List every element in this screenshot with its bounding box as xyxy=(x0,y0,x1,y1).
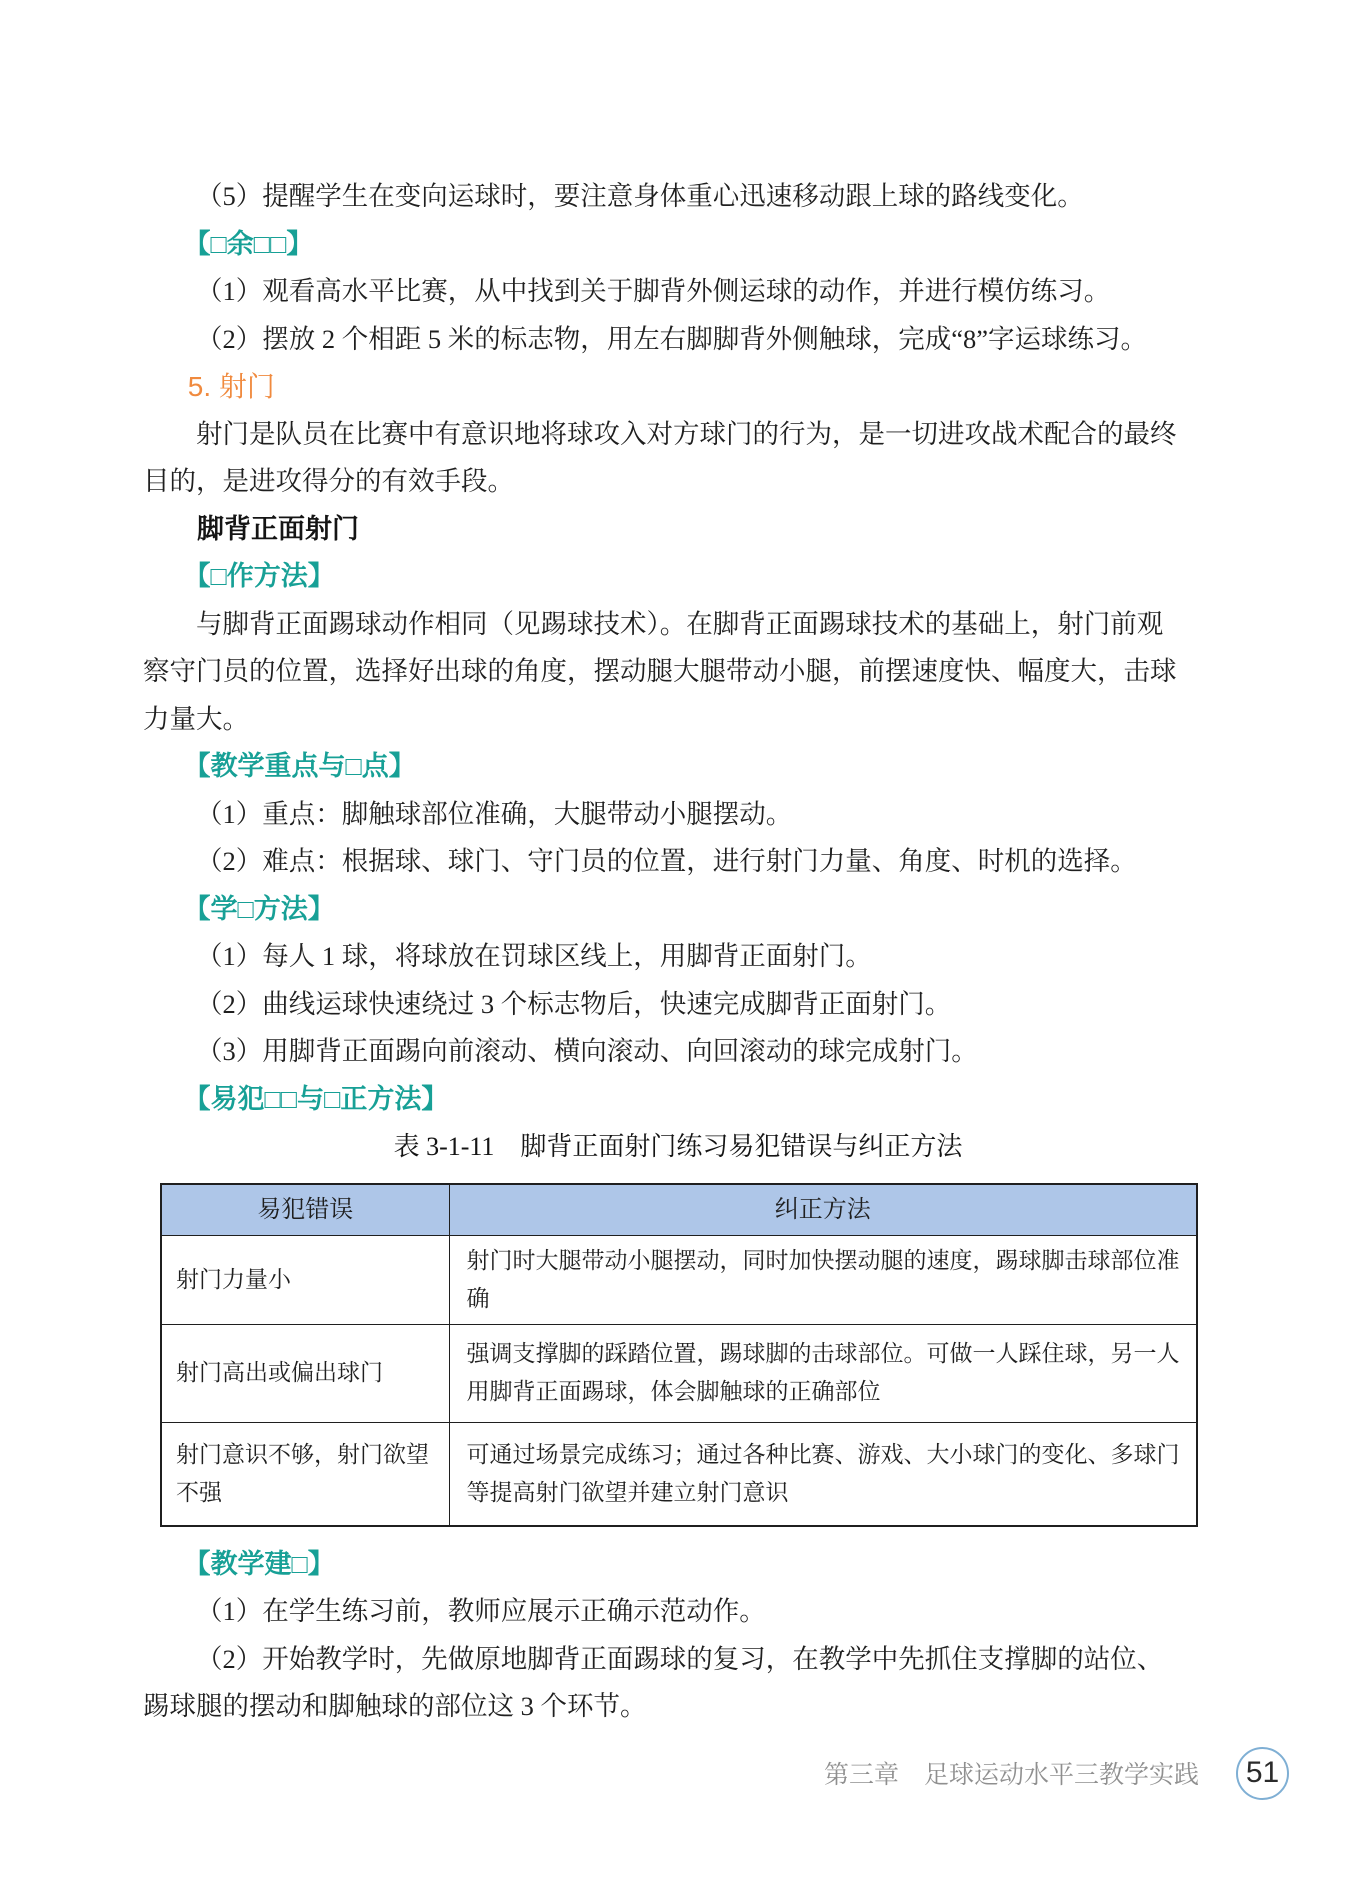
table-cell-error-1: 射门力量小 xyxy=(161,1235,449,1324)
errors-correction-table: 易犯错误 纠正方法 射门力量小 射门时大腿带动小腿摆动，同时加快摆动腿的速度，踢… xyxy=(160,1183,1198,1527)
para-dribble-tip-5: （5）提醒学生在变向运球时，要注意身体重心迅速移动跟上球的路线变化。 xyxy=(143,173,1213,221)
para-extracurricular-1: （1）观看高水平比赛，从中找到关于脚背外侧运球的动作，并进行模仿练习。 xyxy=(143,268,1213,316)
para-shooting-intro: 射门是队员在比赛中有意识地将球攻入对方球门的行为，是一切进攻战术配合的最终 目的… xyxy=(143,411,1213,506)
para-practice-1: （1）每人 1 球，将球放在罚球区线上，用脚背正面射门。 xyxy=(143,933,1213,981)
table-header-correction: 纠正方法 xyxy=(449,1184,1197,1236)
table-row: 射门高出或偏出球门 强调支撑脚的踩踏位置，踢球脚的击球部位。可做一人踩住球，另一… xyxy=(161,1324,1197,1422)
para-practice-3: （3）用脚背正面踢向前滚动、横向滚动、向回滚动的球完成射门。 xyxy=(143,1028,1213,1076)
table-cell-correction-3: 可通过场景完成练习；通过各种比赛、游戏、大小球门的变化、多球门 等提高射门欲望并… xyxy=(449,1422,1197,1526)
heading-common-errors: 【易犯□□与□正方法】 xyxy=(143,1076,1213,1124)
table-header-error: 易犯错误 xyxy=(161,1184,449,1236)
page-content: （5）提醒学生在变向运球时，要注意身体重心迅速移动跟上球的路线变化。 【□余□□… xyxy=(143,173,1213,1731)
table-header-row: 易犯错误 纠正方法 xyxy=(161,1184,1197,1236)
table-row: 射门力量小 射门时大腿带动小腿摆动，同时加快摆动腿的速度，踢球脚击球部位准确 xyxy=(161,1235,1197,1324)
para-suggestion-2: （2）开始教学时，先做原地脚背正面踢球的复习，在教学中先抓住支撑脚的站位、 踢球… xyxy=(143,1636,1213,1731)
table-cell-correction-2: 强调支撑脚的踩踏位置，踢球脚的击球部位。可做一人踩住球，另一人 用脚背正面踢球，… xyxy=(449,1324,1197,1422)
para-suggestion-1: （1）在学生练习前，教师应展示正确示范动作。 xyxy=(143,1588,1213,1636)
suggestions-section: 【教学建□】 （1）在学生练习前，教师应展示正确示范动作。 （2）开始教学时，先… xyxy=(143,1541,1213,1731)
heading-action-method: 【□作方法】 xyxy=(143,553,1213,601)
table-row: 射门意识不够，射门欲望 不强 可通过场景完成练习；通过各种比赛、游戏、大小球门的… xyxy=(161,1422,1197,1526)
footer-chapter-title: 第三章 足球运动水平三教学实践 xyxy=(824,1755,1199,1791)
para-key-point-2: （2）难点：根据球、球门、守门员的位置，进行射门力量、角度、时机的选择。 xyxy=(143,838,1213,886)
para-action-method: 与脚背正面踢球动作相同（见踢球技术）。在脚背正面踢球技术的基础上，射门前观 察守… xyxy=(143,601,1213,744)
heading-teaching-key-points: 【教学重点与□点】 xyxy=(143,743,1213,791)
heading-shooting-section: 5. 射门 xyxy=(143,363,1213,411)
para-extracurricular-2: （2）摆放 2 个相距 5 米的标志物，用左右脚脚背外侧触球，完成“8”字运球练… xyxy=(143,316,1213,364)
para-key-point-1: （1）重点：脚触球部位准确，大腿带动小腿摆动。 xyxy=(143,791,1213,839)
table-caption: 表 3-1-11 脚背正面射门练习易犯错误与纠正方法 xyxy=(143,1123,1213,1171)
heading-teaching-suggestions: 【教学建□】 xyxy=(143,1541,1213,1589)
table-cell-error-3: 射门意识不够，射门欲望 不强 xyxy=(161,1422,449,1526)
table-cell-correction-1: 射门时大腿带动小腿摆动，同时加快摆动腿的速度，踢球脚击球部位准确 xyxy=(449,1235,1197,1324)
heading-extracurricular-practice: 【□余□□】 xyxy=(143,221,1213,269)
table-cell-error-2: 射门高出或偏出球门 xyxy=(161,1324,449,1422)
heading-practice-method: 【学□方法】 xyxy=(143,886,1213,934)
page-footer: 第三章 足球运动水平三教学实践 51 xyxy=(0,1744,1289,1802)
heading-instep-shot: 脚背正面射门 xyxy=(143,506,1213,554)
para-practice-2: （2）曲线运球快速绕过 3 个标志物后，快速完成脚背正面射门。 xyxy=(143,981,1213,1029)
page-number-badge: 51 xyxy=(1236,1747,1289,1800)
